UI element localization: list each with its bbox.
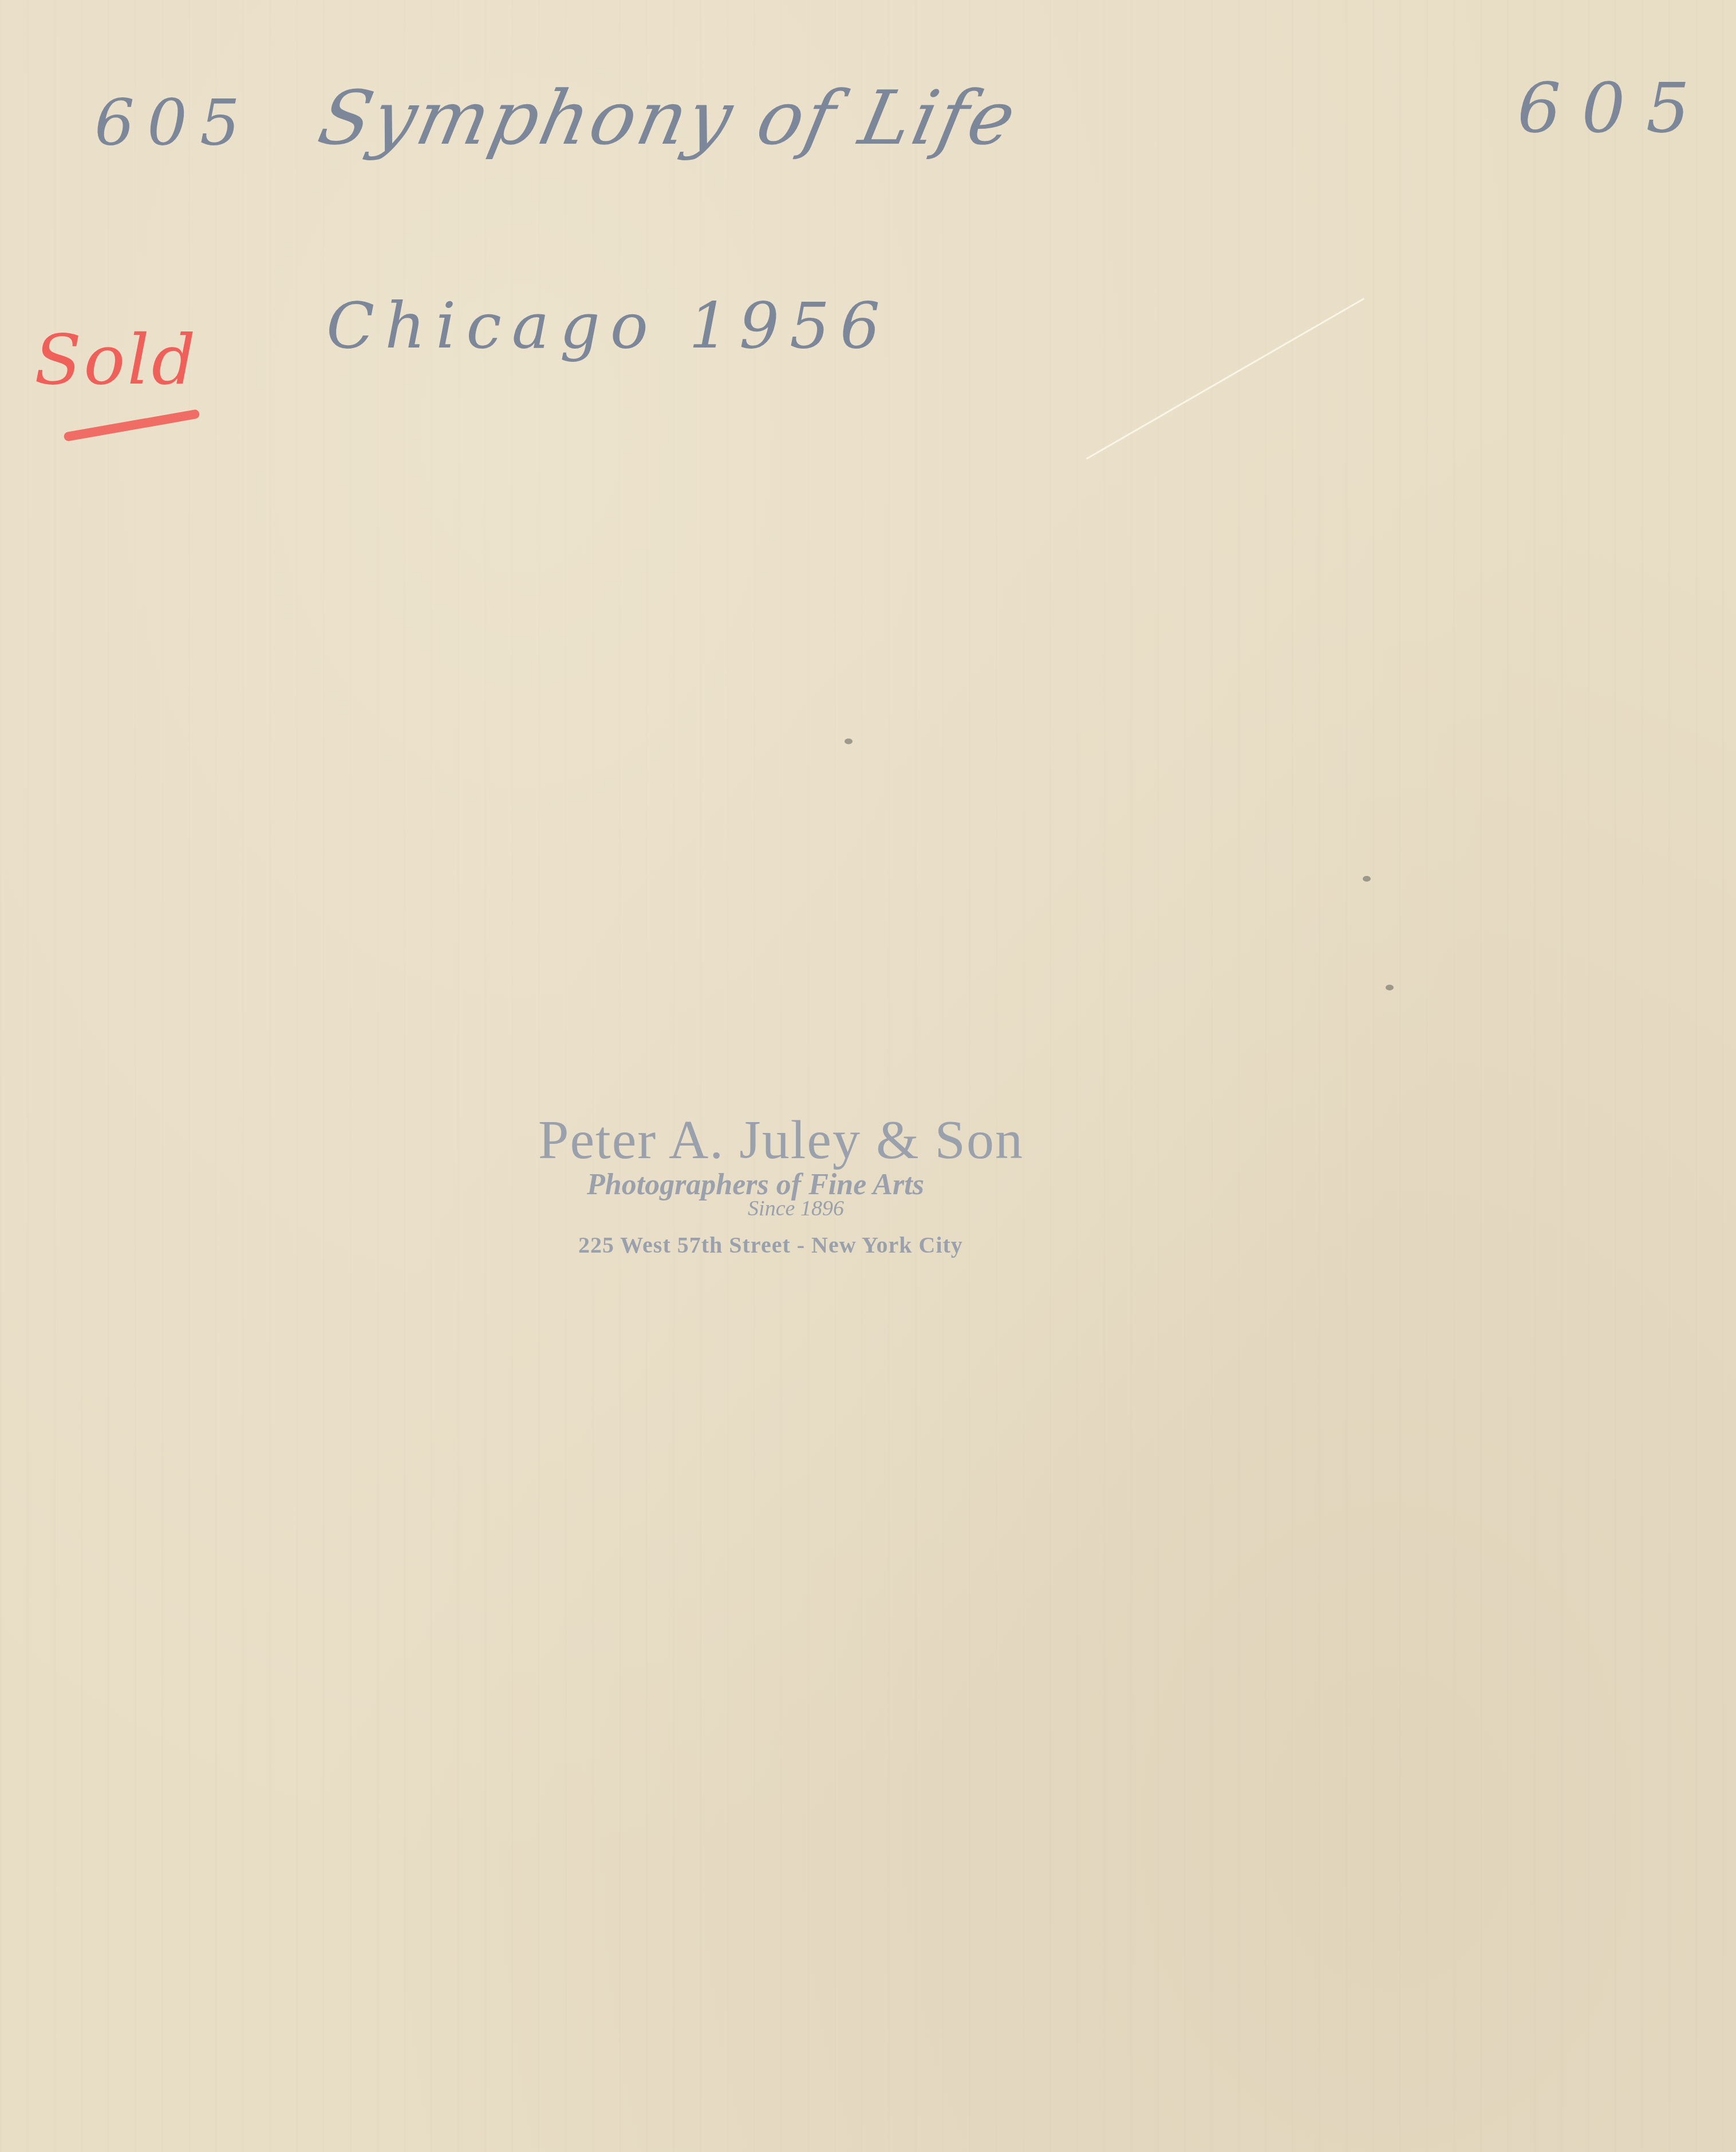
sale-note: Chicago 1956 <box>326 289 890 362</box>
paper-crease <box>1086 298 1364 460</box>
sold-underline <box>63 409 200 441</box>
paper-fleck <box>1386 985 1394 990</box>
sold-label: Sold <box>34 321 198 400</box>
artwork-title: Symphony of Life <box>311 74 1025 161</box>
photographer-stamp: Peter A. Juley & Son Photographers of Fi… <box>532 1108 1082 1258</box>
stamp-firm-name: Peter A. Juley & Son <box>532 1108 1082 1171</box>
inventory-number-left: 605 <box>94 86 252 159</box>
paper-fleck <box>1363 876 1371 882</box>
stamp-address: 225 West 57th Street - New York City <box>532 1231 1082 1258</box>
inventory-number-right: 605 <box>1517 69 1710 148</box>
paper-fleck <box>845 739 853 744</box>
photo-back-sheet: 605 Symphony of Life 605 Sold Chicago 19… <box>0 0 1736 2152</box>
